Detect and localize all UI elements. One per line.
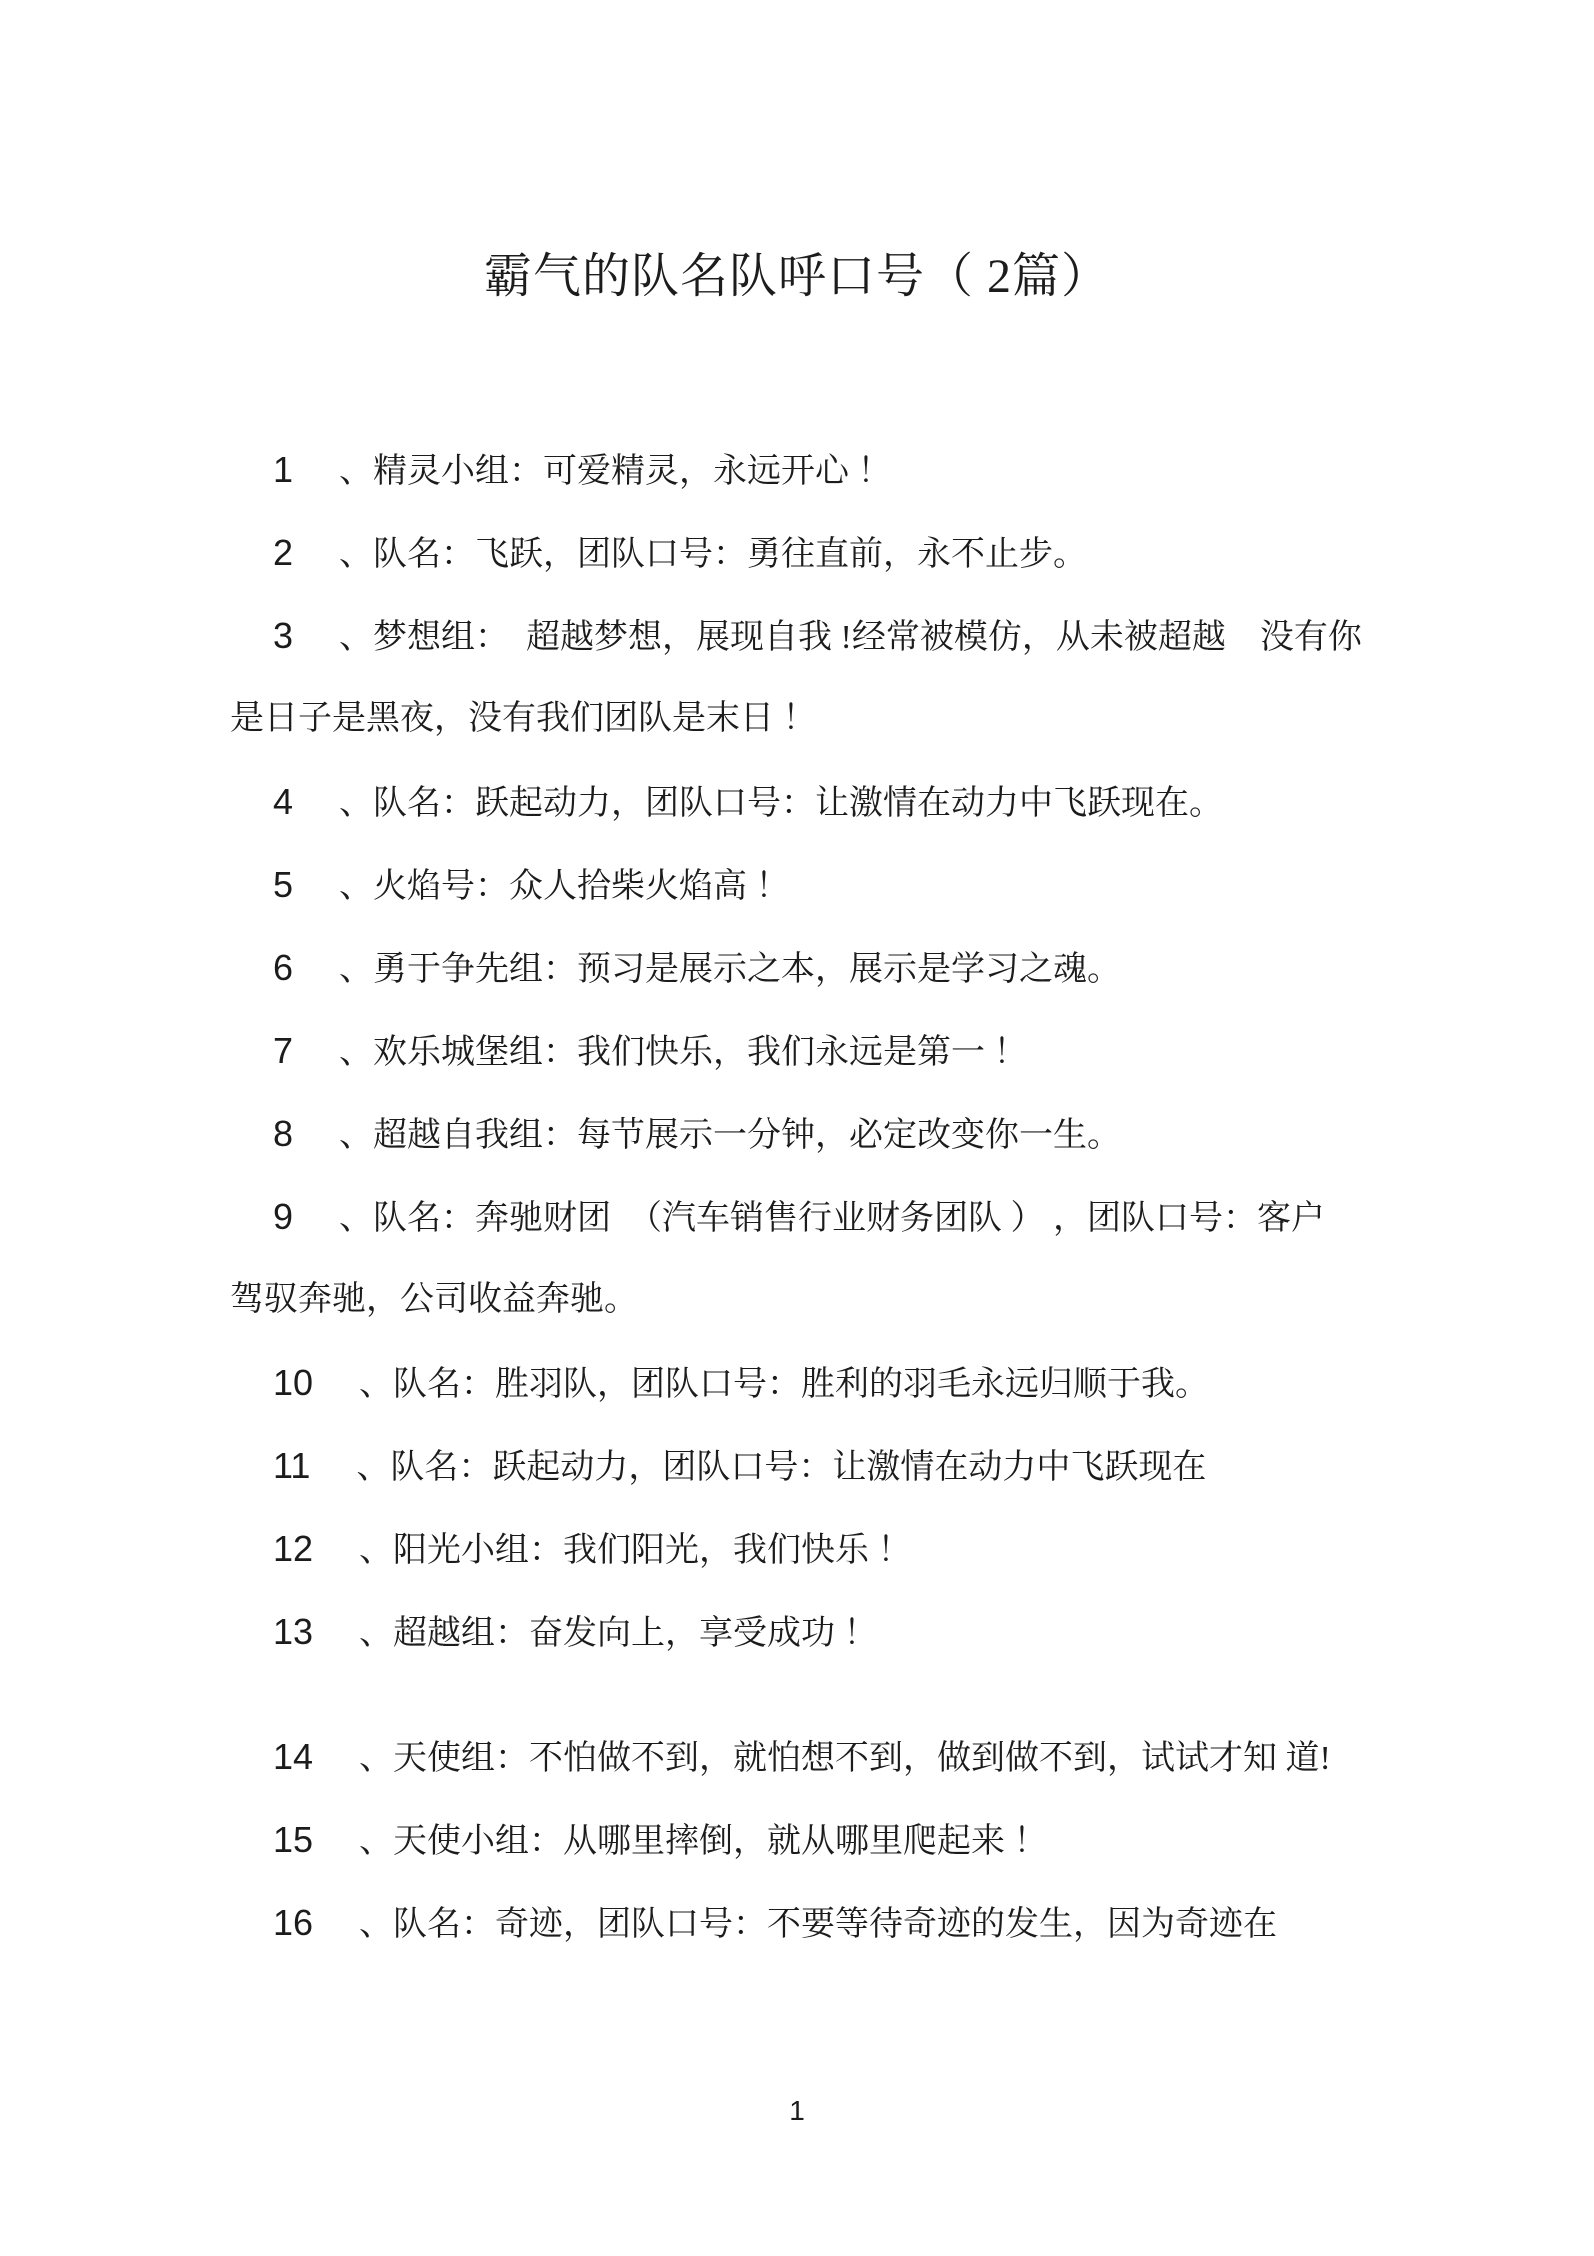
item-first-line: 13、超越组：奋发向上，享受成功 ！ <box>230 1590 1420 1673</box>
item-first-line: 7、欢乐城堡组：我们快乐，我们永远是第一 ！ <box>230 1009 1420 1092</box>
list-item: 8、超越自我组：每节展示一分钟，必定改变你一生。 <box>230 1092 1420 1175</box>
item-text: 、天使小组：从哪里摔倒，就从哪里爬起来 ！ <box>359 1823 1048 1860</box>
list-item: 9、队名：奔驰财团 （汽车销售行业财务团队 ） ，团队口号：客户 驾驭奔驰，公司… <box>230 1175 1420 1341</box>
item-first-line: 2、队名：飞跃，团队口号：勇往直前，永不止步。 <box>230 511 1420 594</box>
item-first-line: 10、队名：胜羽队，团队口号：胜利的羽毛永远归顺于我。 <box>230 1341 1420 1424</box>
item-text: 、欢乐城堡组：我们快乐，我们永远是第一 ！ <box>339 1034 1028 1071</box>
page-number: 1 <box>0 2094 1594 2128</box>
item-text: 、队名：跃起动力，团队口号：让激情在动力中飞跃现在。 <box>339 785 1223 822</box>
item-first-line: 8、超越自我组：每节展示一分钟，必定改变你一生。 <box>230 1092 1420 1175</box>
item-first-line: 14、天使组：不怕做不到，就怕想不到，做到做不到，试试才知 道! <box>230 1715 1420 1798</box>
list-item: 14、天使组：不怕做不到，就怕想不到，做到做不到，试试才知 道! <box>230 1715 1420 1798</box>
item-number: 11 <box>273 1445 310 1486</box>
item-first-line: 4、队名：跃起动力，团队口号：让激情在动力中飞跃现在。 <box>230 760 1420 843</box>
item-number: 13 <box>273 1611 313 1652</box>
item-number: 5 <box>273 864 293 905</box>
item-first-line: 16、队名：奇迹，团队口号：不要等待奇迹的发生，因为奇迹在 <box>230 1881 1420 1964</box>
page-title: 霸气的队名队呼口号（ 2篇） <box>0 248 1594 306</box>
item-first-line: 3、梦想组： 超越梦想，展现自我 !经常被模仿，从未被超越 没有你 <box>230 594 1420 677</box>
item-text: 、精灵小组：可爱精灵，永远开心 ！ <box>339 453 892 490</box>
document-page: 霸气的队名队呼口号（ 2篇） 1、精灵小组：可爱精灵，永远开心 ！ 2、队名：飞… <box>0 0 1594 2256</box>
item-number: 9 <box>273 1196 293 1237</box>
item-number: 3 <box>273 615 293 656</box>
list-item: 12、阳光小组：我们阳光，我们快乐 ！ <box>230 1507 1420 1590</box>
list-item: 3、梦想组： 超越梦想，展现自我 !经常被模仿，从未被超越 没有你 是日子是黑夜… <box>230 594 1420 760</box>
list-item: 7、欢乐城堡组：我们快乐，我们永远是第一 ！ <box>230 1009 1420 1092</box>
list-item: 16、队名：奇迹，团队口号：不要等待奇迹的发生，因为奇迹在 <box>230 1881 1420 1964</box>
list-item: 11、队名：跃起动力，团队口号：让激情在动力中飞跃现在 <box>230 1424 1420 1507</box>
item-number: 7 <box>273 1030 293 1071</box>
item-number: 12 <box>273 1528 313 1569</box>
item-first-line: 15、天使小组：从哪里摔倒，就从哪里爬起来 ！ <box>230 1798 1420 1881</box>
list-item: 6、勇于争先组：预习是展示之本，展示是学习之魂。 <box>230 926 1420 1009</box>
item-first-line: 5、火焰号：众人拾柴火焰高 ！ <box>230 843 1420 926</box>
item-text: 、队名：奇迹，团队口号：不要等待奇迹的发生，因为奇迹在 <box>359 1906 1277 1943</box>
item-text: 、超越组：奋发向上，享受成功 ！ <box>359 1615 878 1652</box>
item-number: 4 <box>273 781 293 822</box>
item-first-line: 1、精灵小组：可爱精灵，永远开心 ！ <box>230 428 1420 511</box>
item-text: 、勇于争先组：预习是展示之本，展示是学习之魂。 <box>339 951 1121 988</box>
item-first-line: 12、阳光小组：我们阳光，我们快乐 ！ <box>230 1507 1420 1590</box>
slogan-list: 1、精灵小组：可爱精灵，永远开心 ！ 2、队名：飞跃，团队口号：勇往直前，永不止… <box>230 428 1420 1964</box>
item-text: 、梦想组： 超越梦想，展现自我 !经常被模仿，从未被超越 没有你 <box>339 619 1362 656</box>
item-number: 2 <box>273 532 293 573</box>
list-item: 10、队名：胜羽队，团队口号：胜利的羽毛永远归顺于我。 <box>230 1341 1420 1424</box>
list-item: 2、队名：飞跃，团队口号：勇往直前，永不止步。 <box>230 511 1420 594</box>
item-text: 、队名：飞跃，团队口号：勇往直前，永不止步。 <box>339 536 1087 573</box>
item-continuation-line: 是日子是黑夜，没有我们团队是末日 ！ <box>230 677 1420 760</box>
item-text: 、阳光小组：我们阳光，我们快乐 ！ <box>359 1532 912 1569</box>
list-item: 1、精灵小组：可爱精灵，永远开心 ！ <box>230 428 1420 511</box>
item-text: 、队名：跃起动力，团队口号：让激情在动力中飞跃现在 <box>356 1449 1206 1486</box>
list-item: 15、天使小组：从哪里摔倒，就从哪里爬起来 ！ <box>230 1798 1420 1881</box>
list-item: 13、超越组：奋发向上，享受成功 ！ <box>230 1590 1420 1673</box>
item-text: 、队名：胜羽队，团队口号：胜利的羽毛永远归顺于我。 <box>359 1366 1209 1403</box>
item-first-line: 6、勇于争先组：预习是展示之本，展示是学习之魂。 <box>230 926 1420 1009</box>
item-number: 8 <box>273 1113 293 1154</box>
item-text: 、队名：奔驰财团 （汽车销售行业财务团队 ） ，团队口号：客户 <box>339 1200 1325 1237</box>
list-item: 5、火焰号：众人拾柴火焰高 ！ <box>230 843 1420 926</box>
item-continuation-line: 驾驭奔驰，公司收益奔驰。 <box>230 1258 1420 1341</box>
item-number: 1 <box>273 449 293 490</box>
item-number: 14 <box>273 1736 313 1777</box>
item-number: 16 <box>273 1902 313 1943</box>
item-first-line: 9、队名：奔驰财团 （汽车销售行业财务团队 ） ，团队口号：客户 <box>230 1175 1420 1258</box>
item-first-line: 11、队名：跃起动力，团队口号：让激情在动力中飞跃现在 <box>230 1424 1420 1507</box>
item-number: 10 <box>273 1362 313 1403</box>
item-text: 、超越自我组：每节展示一分钟，必定改变你一生。 <box>339 1117 1121 1154</box>
item-number: 6 <box>273 947 293 988</box>
list-item: 4、队名：跃起动力，团队口号：让激情在动力中飞跃现在。 <box>230 760 1420 843</box>
item-text: 、天使组：不怕做不到，就怕想不到，做到做不到，试试才知 道! <box>359 1740 1331 1777</box>
item-number: 15 <box>273 1819 313 1860</box>
item-text: 、火焰号：众人拾柴火焰高 ！ <box>339 868 790 905</box>
